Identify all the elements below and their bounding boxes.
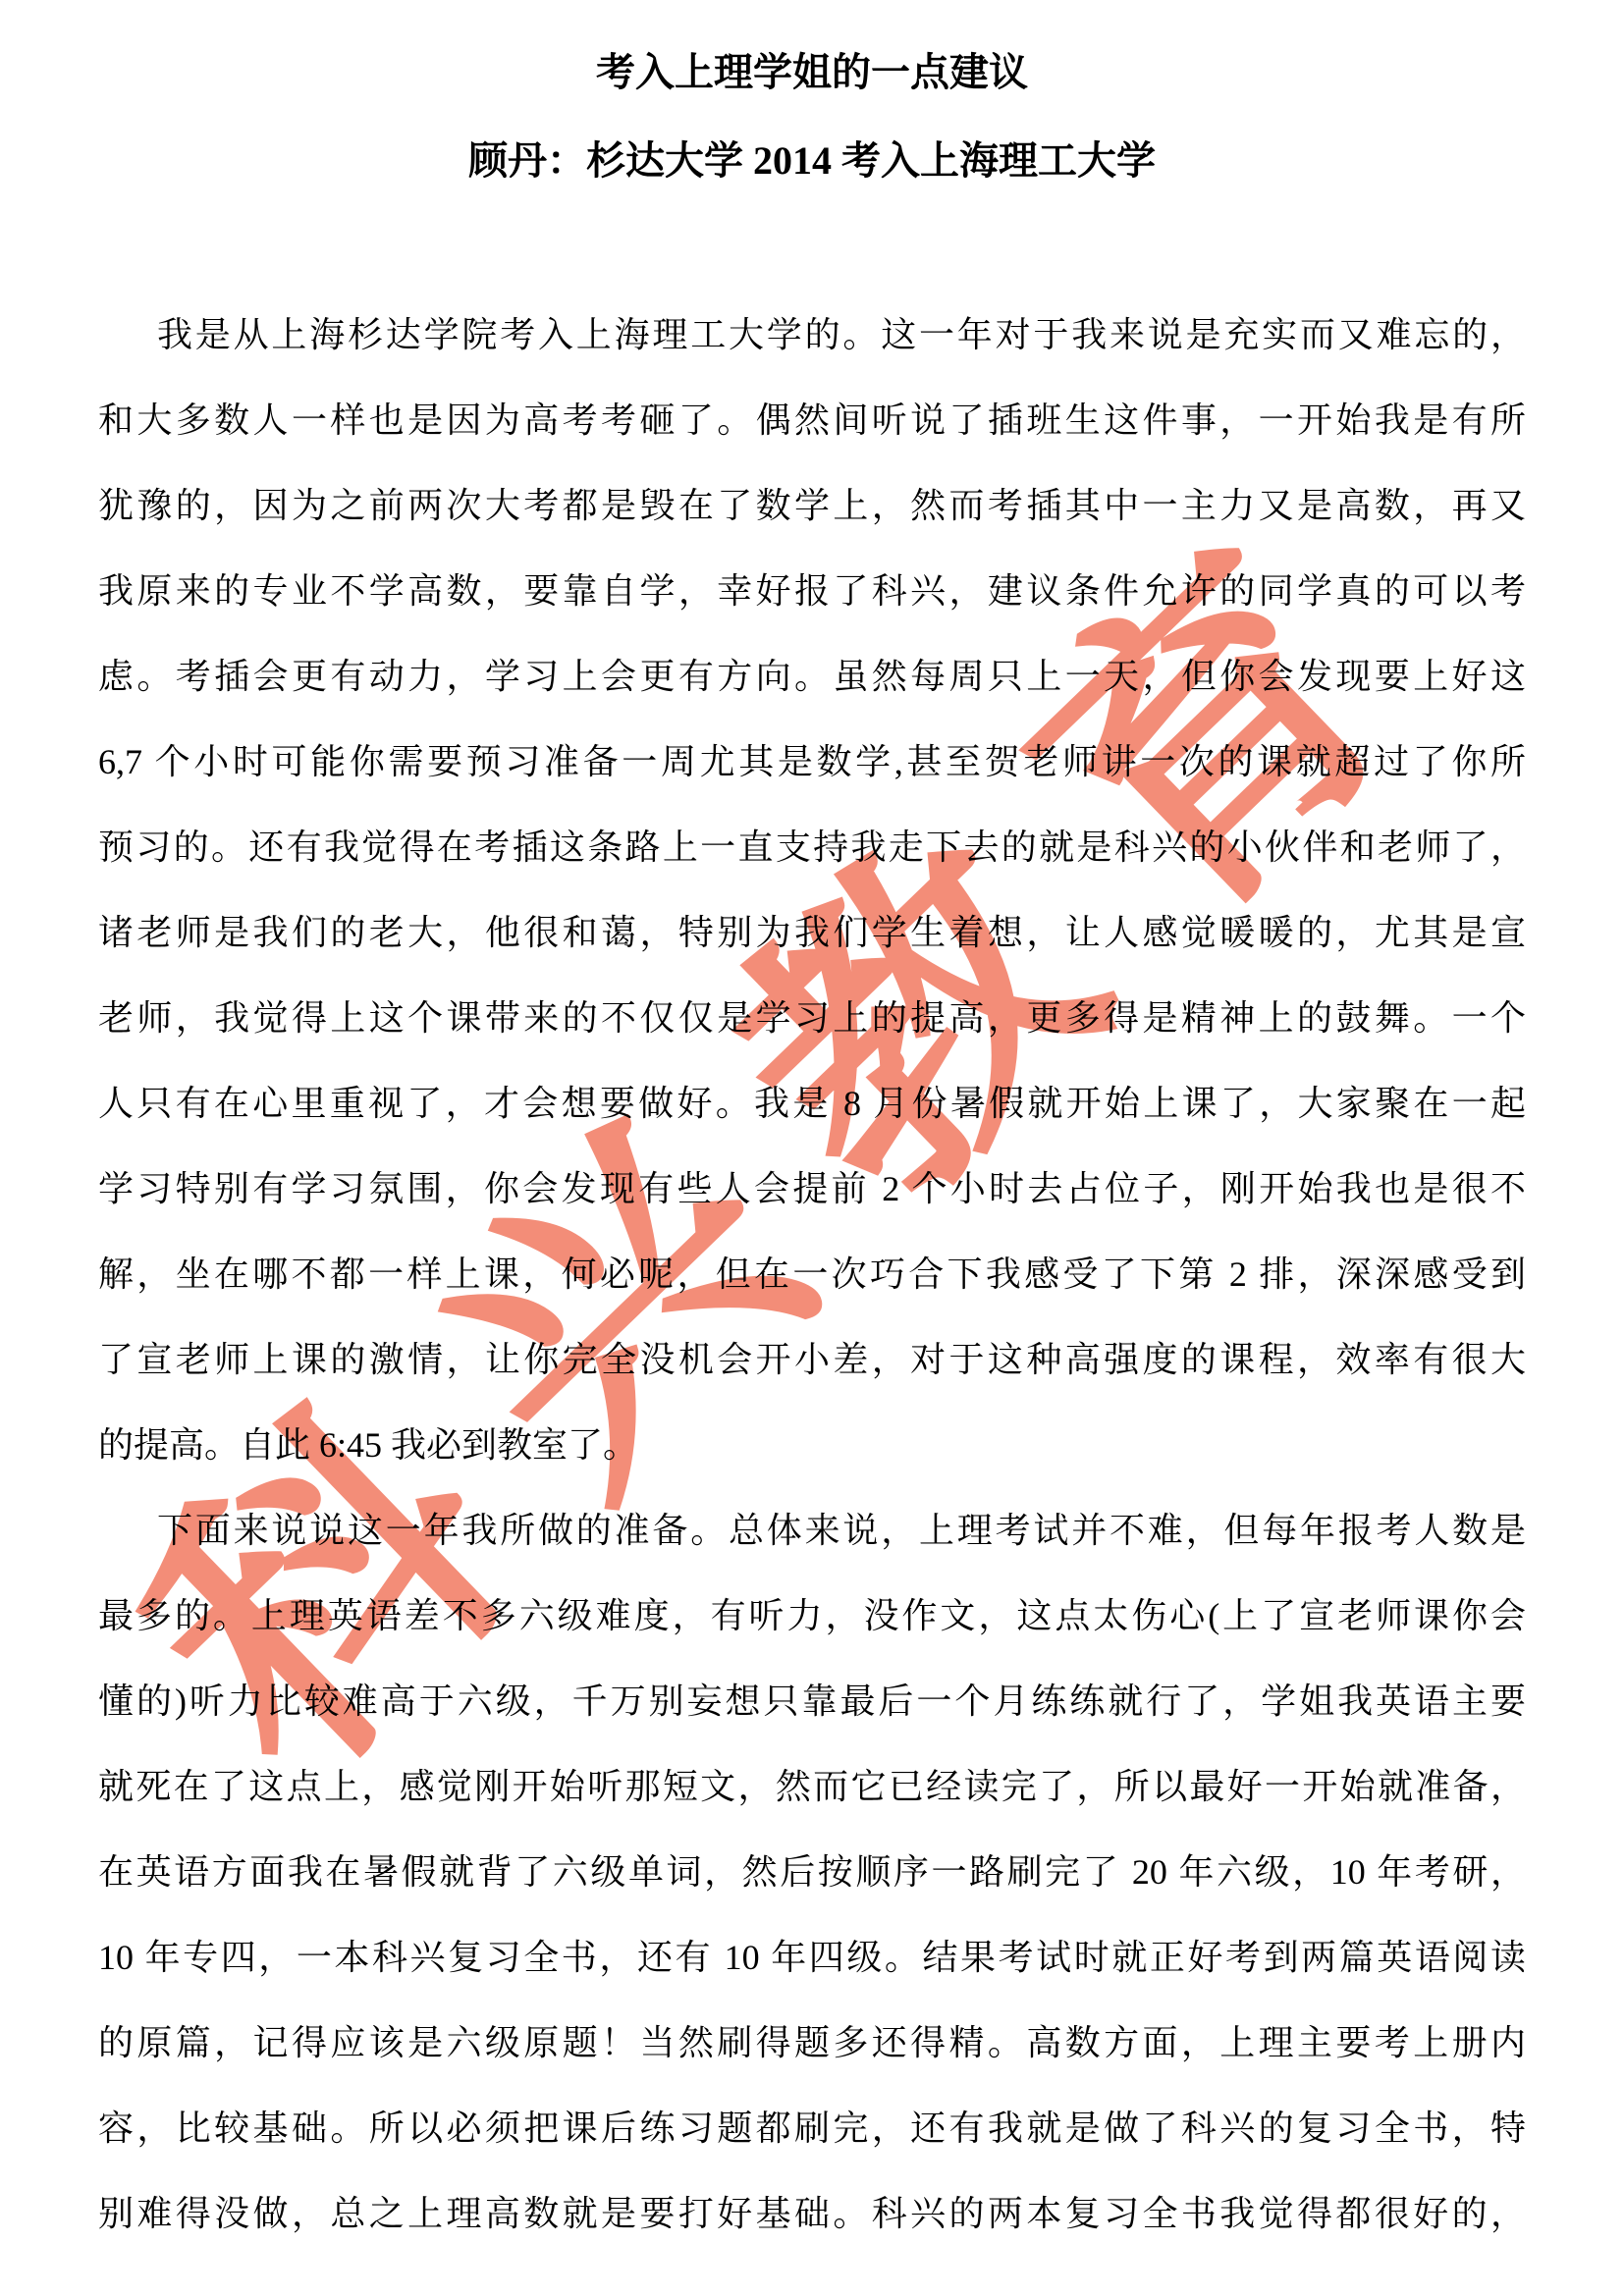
body-line: 犹豫的，因为之前两次大考都是毁在了数学上，然而考插其中一主力又是高数，再又 [98, 463, 1526, 549]
body-line: 容，比较基础。所以必须把课后练习题都刷完，还有我就是做了科兴的复习全书，特 [98, 2086, 1526, 2171]
document-page: 科兴教育 考入上理学姐的一点建议 顾丹：杉达大学 2014 考入上海理工大学 我… [0, 0, 1624, 2296]
body-line: 10 年专四，一本科兴复习全书，还有 10 年四级。结果考试时就正好考到两篇英语… [98, 1915, 1526, 2001]
body-line: 学习特别有学习氛围，你会发现有些人会提前 2 个小时去占位子，刚开始我也是很不 [98, 1147, 1526, 1232]
body-line: 解，坐在哪不都一样上课，何必呢，但在一次巧合下我感受了下第 2 排，深深感受到 [98, 1232, 1526, 1317]
body-line: 就死在了这点上，感觉刚开始听那短文，然而它已经读完了，所以最好一开始就准备， [98, 1744, 1526, 1830]
body-line: 的提高。自此 6:45 我必到教室了。 [98, 1403, 1526, 1488]
body-line: 6,7 个小时可能你需要预习准备一周尤其是数学,甚至贺老师讲一次的课就超过了你所 [98, 720, 1526, 805]
body-line: 懂的)听力比较难高于六级，千万别妄想只靠最后一个月练练就行了，学姐我英语主要 [98, 1659, 1526, 1744]
body-line: 老师，我觉得上这个课带来的不仅仅是学习上的提高，更多得是精神上的鼓舞。一个 [98, 976, 1526, 1061]
body-line: 我是从上海杉达学院考入上海理工大学的。这一年对于我来说是充实而又难忘的， [98, 293, 1526, 378]
document-subtitle: 顾丹：杉达大学 2014 考入上海理工大学 [0, 132, 1624, 190]
body-line: 我原来的专业不学高数，要靠自学，幸好报了科兴，建议条件允许的同学真的可以考 [98, 549, 1526, 634]
body-line: 预习的。还有我觉得在考插这条路上一直支持我走下去的就是科兴的小伙伴和老师了， [98, 805, 1526, 890]
body-line: 在英语方面我在暑假就背了六级单词，然后按顺序一路刷完了 20 年六级，10 年考… [98, 1830, 1526, 1915]
document-title: 考入上理学姐的一点建议 [0, 43, 1624, 102]
body-line: 虑。考插会更有动力，学习上会更有方向。虽然每周只上一天，但你会发现要上好这 [98, 634, 1526, 720]
body-line: 人只有在心里重视了，才会想要做好。我是 8 月份暑假就开始上课了，大家聚在一起 [98, 1061, 1526, 1147]
body-line: 和大多数人一样也是因为高考考砸了。偶然间听说了插班生这件事，一开始我是有所 [98, 378, 1526, 463]
body-line: 别难得没做，总之上理高数就是要打好基础。科兴的两本复习全书我觉得都很好的， [98, 2171, 1526, 2257]
body-line: 的原篇，记得应该是六级原题！当然刷得题多还得精。高数方面，上理主要考上册内 [98, 2001, 1526, 2086]
body-line: 诸老师是我们的老大，他很和蔼，特别为我们学生着想，让人感觉暖暖的，尤其是宣 [98, 890, 1526, 976]
document-body: 我是从上海杉达学院考入上海理工大学的。这一年对于我来说是充实而又难忘的， 和大多… [98, 293, 1526, 2257]
body-line: 最多的。上理英语差不多六级难度，有听力，没作文，这点太伤心(上了宣老师课你会 [98, 1574, 1526, 1659]
body-line: 了宣老师上课的激情，让你完全没机会开小差，对于这种高强度的课程，效率有很大 [98, 1317, 1526, 1403]
body-line: 下面来说说这一年我所做的准备。总体来说，上理考试并不难，但每年报考人数是 [98, 1488, 1526, 1574]
